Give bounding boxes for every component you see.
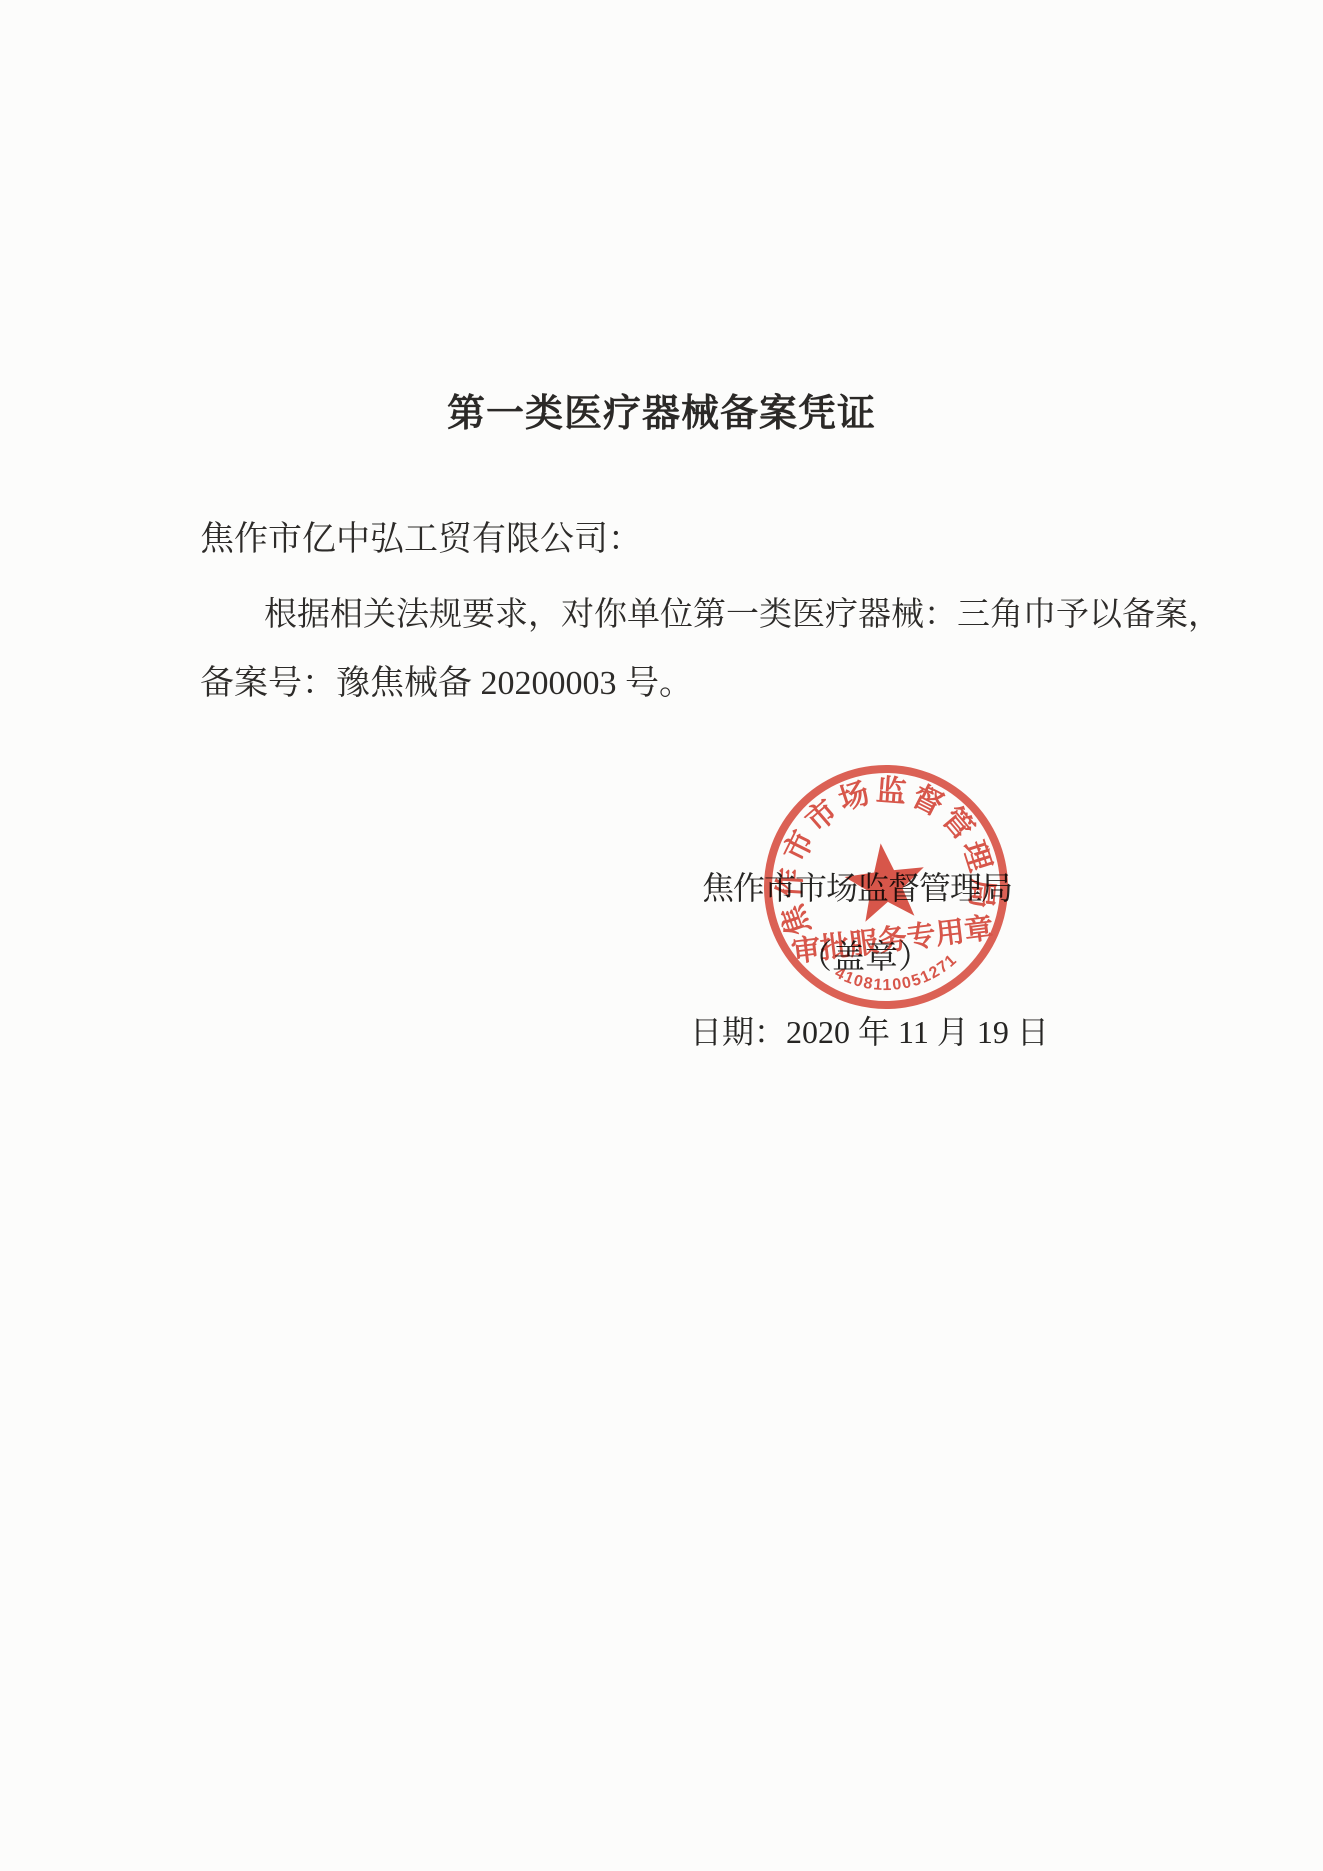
document-title: 第一类医疗器械备案凭证: [0, 382, 1323, 437]
certificate-page: 第一类医疗器械备案凭证 焦作市亿中弘工贸有限公司： 根据相关法规要求，对你单位第…: [0, 0, 1323, 1871]
official-seal-stamp: 焦作市市场监督管理局 审批服务专用章 4108110051271: [719, 720, 1053, 1054]
seal-center-text: 审批服务专用章: [790, 910, 996, 968]
recipient-line: 焦作市亿中弘工贸有限公司：: [200, 520, 642, 561]
body-line-2: 备案号：豫焦械备 20200003 号。: [200, 664, 693, 705]
body-line-1: 根据相关法规要求，对你单位第一类医疗器械：三角巾予以备案，: [264, 596, 1221, 636]
star-icon: [841, 838, 929, 923]
